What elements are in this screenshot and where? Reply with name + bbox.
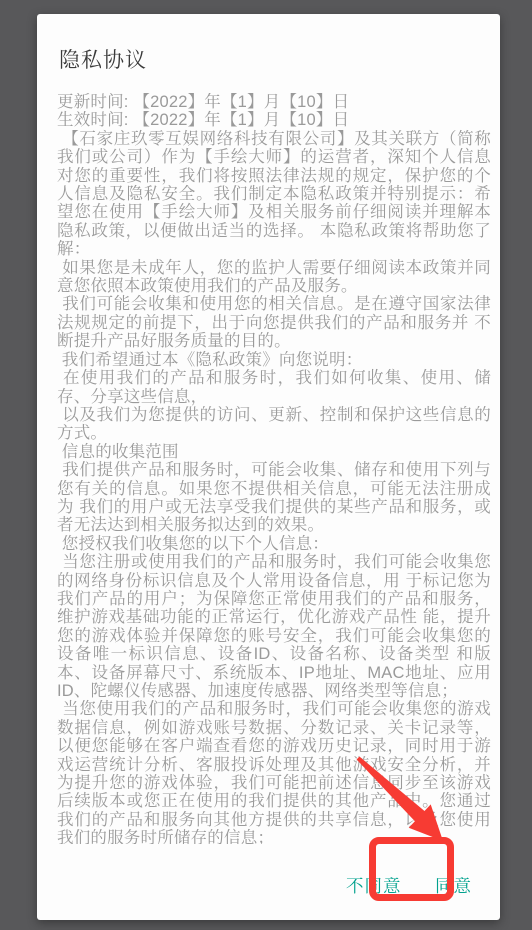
- disagree-button[interactable]: 不同意: [340, 867, 408, 904]
- dialog-title: 隐私协议: [59, 44, 147, 74]
- privacy-dialog: 隐私协议 更新时间: 【2022】年【1】月【10】日 生效时间: 【2022】…: [37, 14, 500, 920]
- privacy-policy-text[interactable]: 更新时间: 【2022】年【1】月【10】日 生效时间: 【2022】年【1】月…: [57, 93, 491, 844]
- agree-button[interactable]: 同意: [429, 867, 478, 904]
